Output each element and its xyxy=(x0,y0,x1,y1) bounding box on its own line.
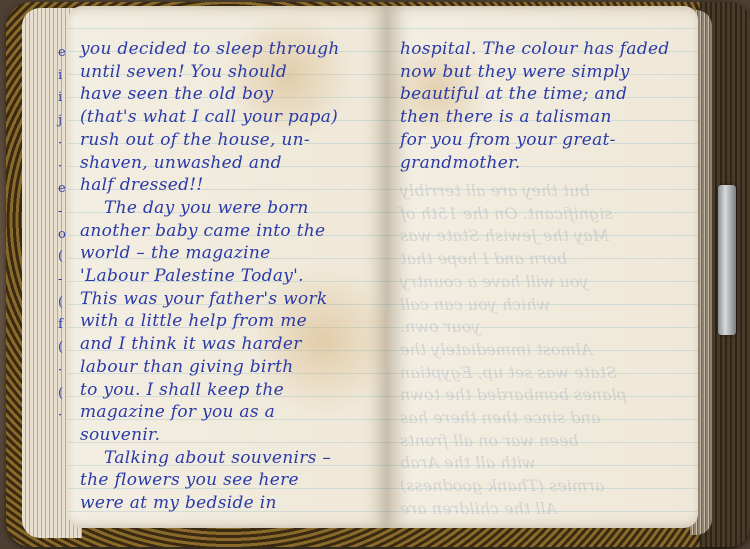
previous-page-margin-marks: e i i j · · e - o ( - ( f ( · ( · xyxy=(58,42,66,428)
text-line: have seen the old boy xyxy=(80,83,340,106)
text-line: shaven, unwashed and xyxy=(80,152,340,175)
text-line: This was your father's work xyxy=(80,288,340,311)
bleed-through-text: but they are all terribly significant. O… xyxy=(400,180,700,521)
text-line: hospital. The colour has faded xyxy=(400,38,670,61)
text-line: beautiful at the time; and xyxy=(400,83,670,106)
metal-clasp xyxy=(718,185,736,335)
text-line: the flowers you see here xyxy=(80,469,340,492)
text-line: grandmother. xyxy=(400,152,670,175)
text-line: for you from your great- xyxy=(400,129,670,152)
text-line: with a little help from me xyxy=(80,310,340,333)
text-line: then there is a talisman xyxy=(400,106,670,129)
text-line: magazine for you as a xyxy=(80,401,340,424)
text-line: now but they were simply xyxy=(400,61,670,84)
text-line: were at my bedside in xyxy=(80,492,340,515)
text-line: world – the magazine xyxy=(80,242,340,265)
text-line: souvenir. xyxy=(80,424,340,447)
text-line: The day you were born xyxy=(80,197,340,220)
text-line: to you. I shall keep the xyxy=(80,379,340,402)
text-line: and I think it was harder xyxy=(80,333,340,356)
text-line: rush out of the house, un- xyxy=(80,129,340,152)
text-line: (that's what I call your papa) xyxy=(80,106,340,129)
text-line: until seven! You should xyxy=(80,61,340,84)
text-line: Talking about souvenirs – xyxy=(80,447,340,470)
text-line: labour than giving birth xyxy=(80,356,340,379)
right-page-text: hospital. The colour has faded now but t… xyxy=(400,38,670,174)
text-line: half dressed!! xyxy=(80,174,340,197)
left-page-text: you decided to sleep through until seven… xyxy=(80,38,340,515)
text-line: 'Labour Palestine Today'. xyxy=(80,265,340,288)
text-line: another baby came into the xyxy=(80,220,340,243)
text-line: you decided to sleep through xyxy=(80,38,340,61)
